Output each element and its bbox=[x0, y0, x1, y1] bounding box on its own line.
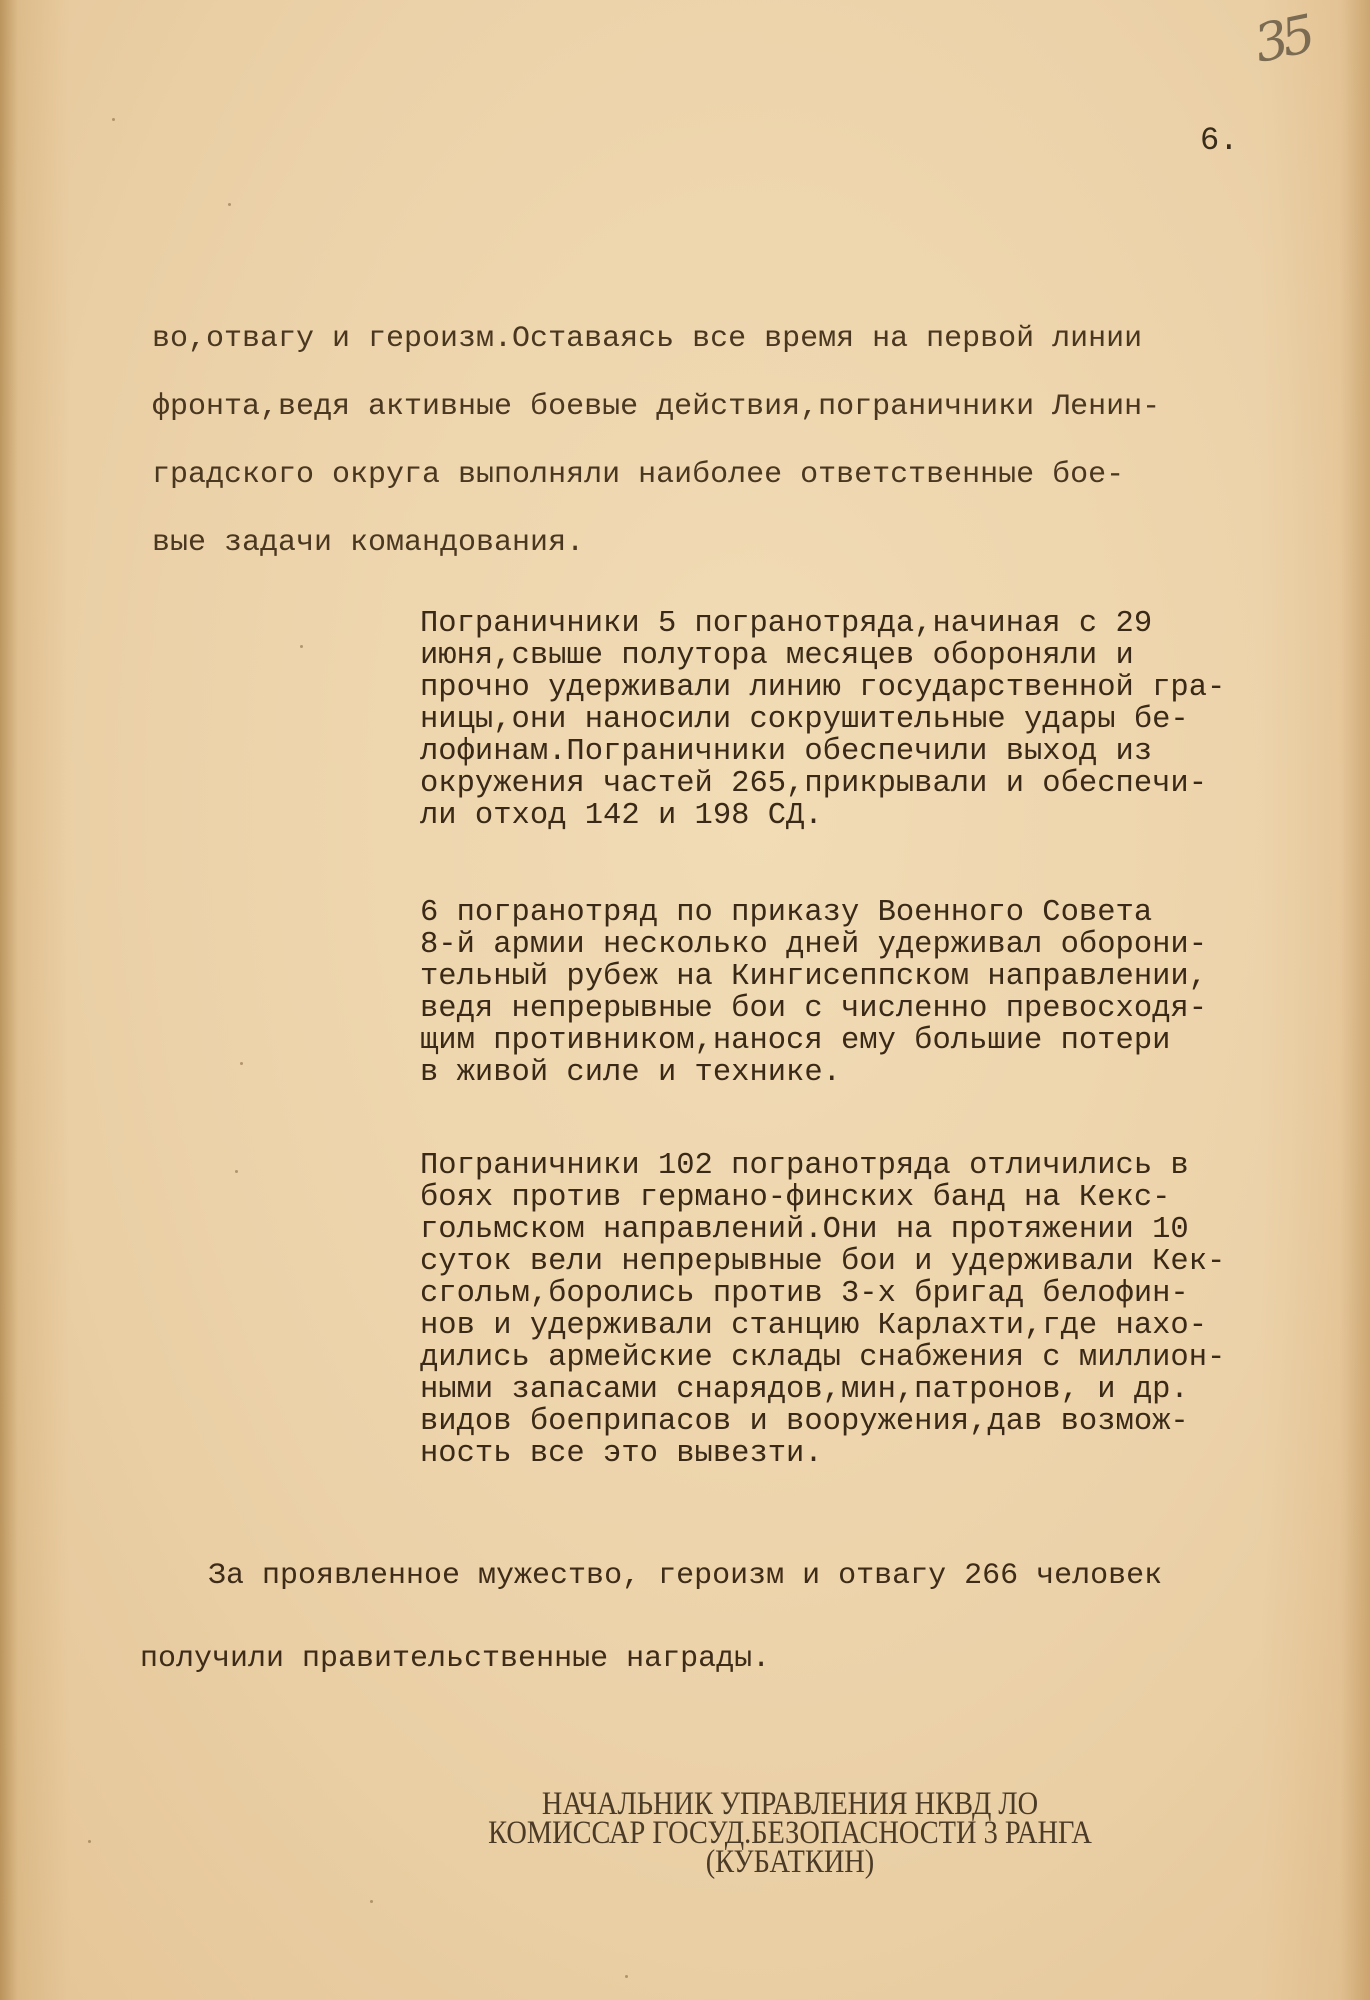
text-line: во,отвагу и героизм.Оставаясь все время … bbox=[152, 305, 1342, 373]
text-line: фронта,ведя активные боевые действия,пог… bbox=[152, 373, 1342, 441]
text-line: окружения частей 265,прикрывали и обеспе… bbox=[420, 768, 1360, 800]
text-line: Пограничники 5 погранотряда,начиная с 29 bbox=[420, 608, 1360, 640]
text-line: дились армейские склады снабжения с милл… bbox=[420, 1342, 1360, 1374]
text-line: ницы,они наносили сокрушительные удары б… bbox=[420, 704, 1360, 736]
text-line: щим противником,нанося ему большие потер… bbox=[420, 1025, 1360, 1057]
text-line: 8-й армии несколько дней удерживал оборо… bbox=[420, 929, 1360, 961]
text-line: За проявленное мужество, героизм и отваг… bbox=[140, 1535, 1370, 1618]
paper-speck bbox=[625, 1975, 628, 1978]
intro-paragraph: во,отвагу и героизм.Оставаясь все время … bbox=[152, 305, 1342, 577]
paper-speck bbox=[112, 118, 115, 121]
paper-speck bbox=[300, 645, 303, 648]
paper-speck bbox=[228, 203, 231, 206]
text-line: нов и удерживали станцию Карлахти,где на… bbox=[420, 1310, 1360, 1342]
conclusion-paragraph: За проявленное мужество, героизм и отваг… bbox=[140, 1535, 1370, 1701]
text-line: гольмском направлений.Они на протяжении … bbox=[420, 1214, 1360, 1246]
text-line: прочно удерживали линию государственной … bbox=[420, 672, 1360, 704]
paper-speck bbox=[235, 1170, 238, 1173]
text-line: ведя непрерывные бои с численно превосхо… bbox=[420, 993, 1360, 1025]
paragraph-5th-detachment: Пограничники 5 погранотряда,начиная с 29… bbox=[420, 608, 1360, 832]
text-line: вые задачи командования. bbox=[152, 509, 1342, 577]
document-page: 35 6. во,отвагу и героизм.Оставаясь все … bbox=[0, 0, 1370, 2000]
text-line: в живой силе и технике. bbox=[420, 1057, 1360, 1089]
text-line: лофинам.Пограничники обеспечили выход из bbox=[420, 736, 1360, 768]
text-line: тельный рубеж на Кингисеппском направлен… bbox=[420, 961, 1360, 993]
paper-speck bbox=[370, 1900, 373, 1903]
text-line: ли отход 142 и 198 СД. bbox=[420, 800, 1360, 832]
text-line: градского округа выполняли наиболее отве… bbox=[152, 441, 1342, 509]
text-line: ность все это вывезти. bbox=[420, 1438, 1360, 1470]
text-line: 6 погранотряд по приказу Военного Совета bbox=[420, 897, 1360, 929]
paper-speck bbox=[88, 1840, 91, 1843]
text-line: получили правительственные награды. bbox=[140, 1618, 1370, 1701]
text-line: видов боеприпасов и вооружения,дав возмо… bbox=[420, 1406, 1360, 1438]
text-line: боях против германо-финских банд на Кекс… bbox=[420, 1182, 1360, 1214]
text-line: Пограничники 102 погранотряда отличились… bbox=[420, 1150, 1360, 1182]
text-line: сгольм,боролись против 3-х бригад белофи… bbox=[420, 1278, 1360, 1310]
signature-block: НАЧАЛЬНИК УПРАВЛЕНИЯ НКВД ЛО КОМИССАР ГО… bbox=[437, 1790, 1142, 1877]
handwritten-archive-number: 35 bbox=[1249, 5, 1314, 75]
paragraph-102nd-detachment: Пограничники 102 погранотряда отличились… bbox=[420, 1150, 1360, 1470]
text-line: ными запасами снарядов,мин,патронов, и д… bbox=[420, 1374, 1360, 1406]
text-line: суток вели непрерывные бои и удерживали … bbox=[420, 1246, 1360, 1278]
paragraph-6th-detachment: 6 погранотряд по приказу Военного Совета… bbox=[420, 897, 1360, 1089]
paper-speck bbox=[240, 1062, 243, 1065]
text-line: июня,свыше полутора месяцев обороняли и bbox=[420, 640, 1360, 672]
page-number: 6. bbox=[1200, 122, 1238, 159]
signature-name: (КУБАТКИН) bbox=[437, 1848, 1142, 1877]
